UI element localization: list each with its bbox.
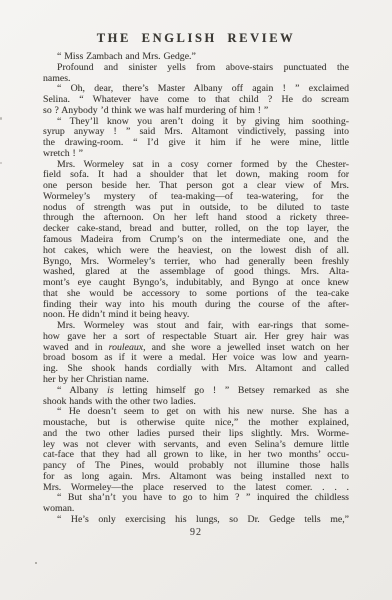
scan-speck xyxy=(35,562,37,564)
text-block: “ Miss Zambach and Mrs. Gedge.”Profound … xyxy=(43,52,349,526)
scan-speck xyxy=(0,117,2,120)
text-line: “ He’s only exercising his lungs, so Dr.… xyxy=(43,515,349,526)
scan-speck xyxy=(0,162,2,164)
running-head: THE ENGLISH REVIEW xyxy=(0,31,392,46)
book-page-scan: THE ENGLISH REVIEW “ Miss Zambach and Mr… xyxy=(0,0,392,600)
page-number: 92 xyxy=(0,527,392,538)
text-line: Profound and sinister yells from above-s… xyxy=(43,63,349,74)
text-line: “ But sha’n’t you have to go to him ? ” … xyxy=(43,493,349,504)
text-line: the drawing-room. “ I’d give it him if h… xyxy=(43,138,349,149)
